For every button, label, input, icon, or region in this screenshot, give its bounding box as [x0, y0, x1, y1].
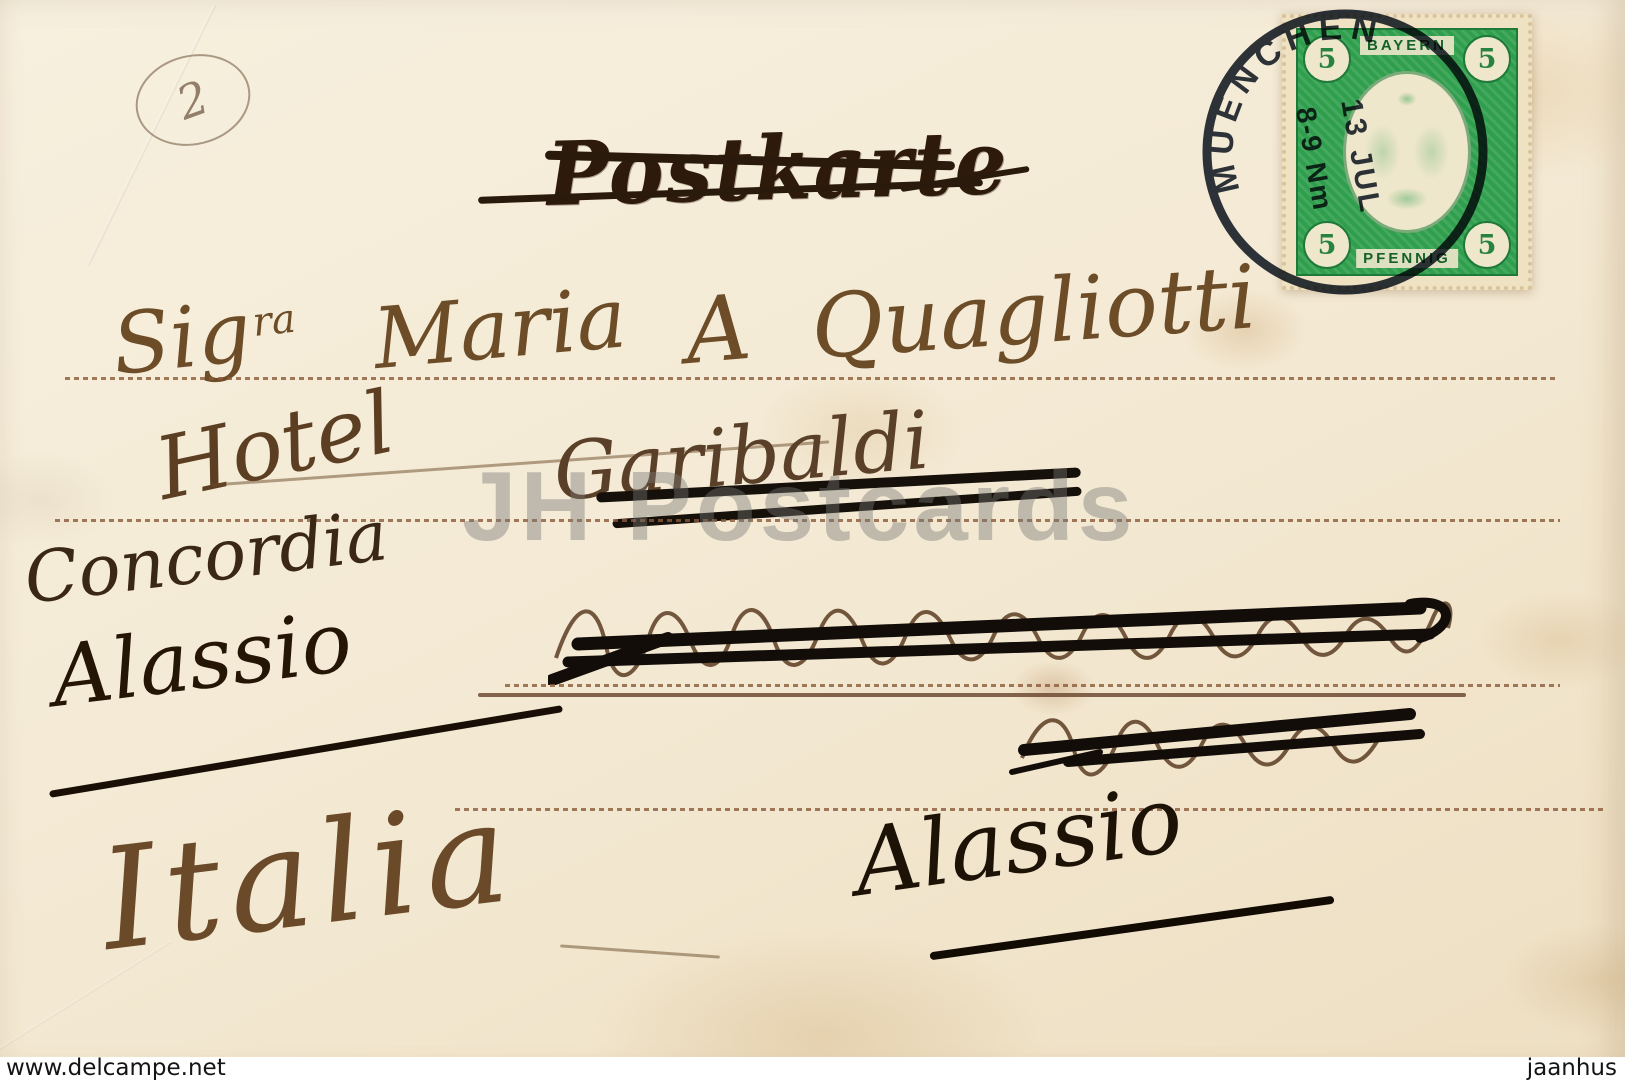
- address-rule-1: [65, 377, 1557, 380]
- pencil-number: 2: [170, 70, 216, 131]
- footer-right-credit: jaanhus: [1527, 1055, 1617, 1081]
- postmark-cancel: MUENCHEN 13 JUL 8-9 Nm: [1190, 2, 1510, 302]
- addressee-first-name: Maria: [369, 268, 630, 388]
- footer-left-url: www.delcampe.net: [6, 1055, 226, 1081]
- pen-flourish-country: [560, 944, 720, 958]
- addressee-initial: A: [681, 275, 755, 385]
- footer-strip: www.delcampe.net jaanhus: [0, 1057, 1625, 1081]
- addressee-salutation-suffix: ra: [250, 296, 298, 346]
- svg-text:13 JUL: 13 JUL: [1334, 97, 1387, 217]
- struck-street-scribble: [548, 580, 1478, 685]
- postcard-scan: 2 Postkarte BAYERN PFENNIG 5 5 5 5 MUENC…: [0, 0, 1625, 1081]
- watermark-text: JH Postcards: [462, 450, 1136, 563]
- address-country: Italia: [92, 771, 525, 983]
- postmark-date: 13 JUL 8-9 Nm: [1290, 97, 1387, 225]
- struck-city-scribble: [1008, 692, 1448, 784]
- pencil-circle-mark: 2: [126, 42, 260, 157]
- address-rule-3: [505, 684, 1560, 687]
- address-alassio-right: Alassio: [847, 765, 1189, 917]
- svg-text:8-9 Nm: 8-9 Nm: [1290, 105, 1339, 214]
- underline-alassio-right: [929, 896, 1334, 961]
